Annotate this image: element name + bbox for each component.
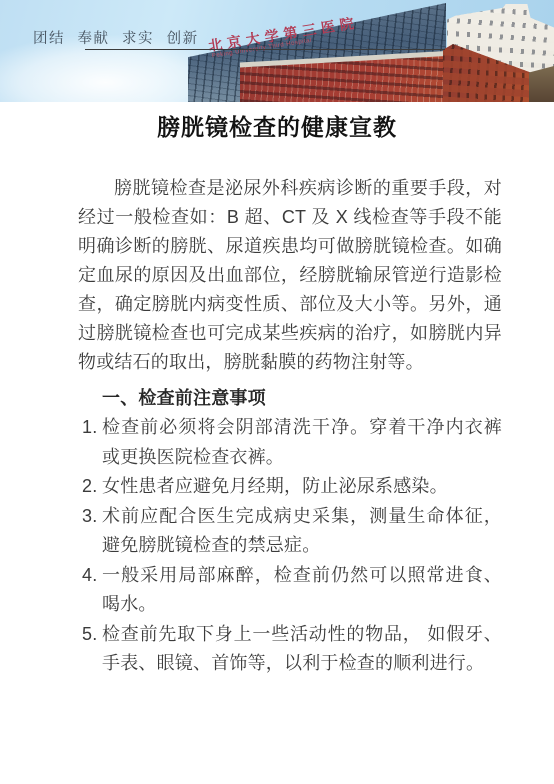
list-item-number: 2. bbox=[82, 472, 97, 502]
intro-paragraph: 膀胱镜检查是泌尿外科疾病诊断的重要手段，对经过一般检查如：B 超、CT 及 X … bbox=[78, 174, 502, 377]
pre-exam-notes-list: 1. 检查前必须将会阴部清洗干净。穿着干净内衣裤或更换医院检查衣裤。 2. 女性… bbox=[78, 413, 502, 679]
list-item-text: 一般采用局部麻醉，检查前仍然可以照常进食、喝水。 bbox=[102, 565, 502, 615]
list-item: 4. 一般采用局部麻醉，检查前仍然可以照常进食、喝水。 bbox=[78, 561, 502, 620]
header-banner: 北京大学第三医院 Peking University Third Hospita… bbox=[0, 0, 554, 102]
list-item-text: 术前应配合医生完成病史采集，测量生命体征，避免膀胱镜检查的禁忌症。 bbox=[102, 506, 502, 556]
list-item: 3. 术前应配合医生完成病史采集，测量生命体征，避免膀胱镜检查的禁忌症。 bbox=[78, 502, 502, 561]
document-content: 膀胱镜检查是泌尿外科疾病诊断的重要手段，对经过一般检查如：B 超、CT 及 X … bbox=[0, 174, 554, 679]
list-item-text: 检查前先取下身上一些活动性的物品， 如假牙、手表、眼镜、首饰等，以利于检查的顺利… bbox=[102, 624, 502, 674]
document-page: 北京大学第三医院 Peking University Third Hospita… bbox=[0, 0, 554, 784]
hospital-motto: 团结 奉献 求实 创新 bbox=[33, 27, 199, 48]
list-item-text: 检查前必须将会阴部清洗干净。穿着干净内衣裤或更换医院检查衣裤。 bbox=[102, 417, 502, 467]
list-item: 5. 检查前先取下身上一些活动性的物品， 如假牙、手表、眼镜、首饰等，以利于检查… bbox=[78, 620, 502, 679]
list-item-number: 4. bbox=[82, 561, 97, 591]
list-item-number: 3. bbox=[82, 502, 97, 532]
list-item-text: 女性患者应避免月经期，防止泌尿系感染。 bbox=[102, 476, 448, 496]
section-heading: 一、检查前注意事项 bbox=[78, 383, 502, 413]
page-title: 膀胱镜检查的健康宣教 bbox=[0, 111, 554, 143]
list-item-number: 1. bbox=[82, 413, 97, 443]
list-item: 1. 检查前必须将会阴部清洗干净。穿着干净内衣裤或更换医院检查衣裤。 bbox=[78, 413, 502, 472]
header-rule-line bbox=[85, 49, 445, 50]
list-item-number: 5. bbox=[82, 620, 97, 650]
list-item: 2. 女性患者应避免月经期，防止泌尿系感染。 bbox=[78, 472, 502, 502]
